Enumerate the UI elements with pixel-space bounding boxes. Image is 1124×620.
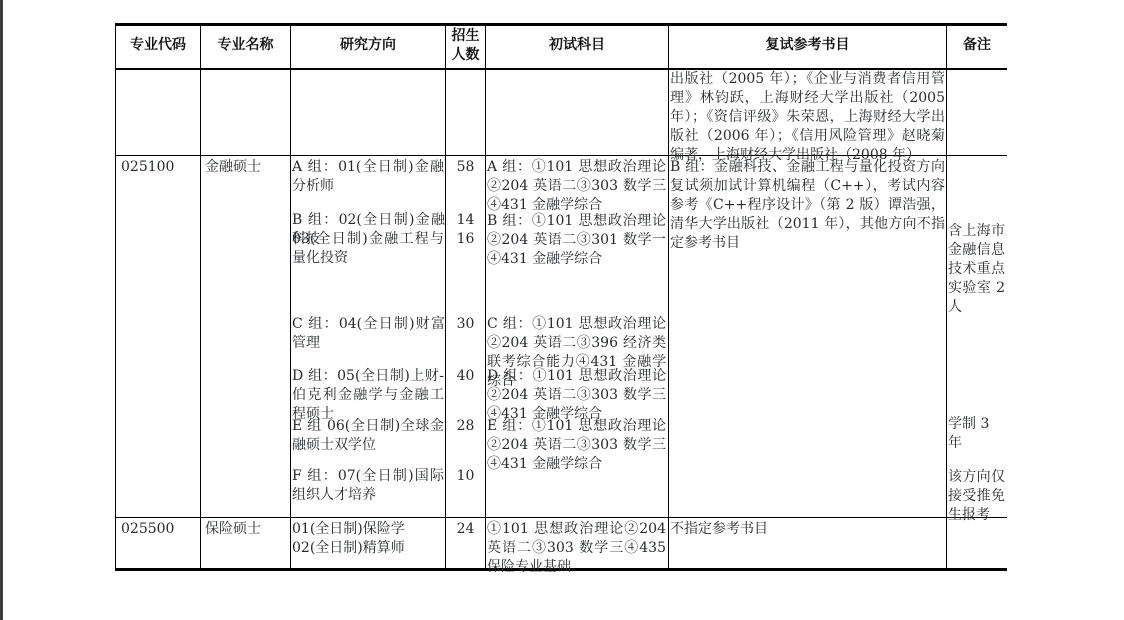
column-divider [668,23,669,571]
row-divider [115,517,1007,518]
table-border-left [115,23,116,571]
column-divider [946,23,947,571]
header-initial-exam: 初试科目 [486,23,668,68]
admissions-table: 专业代码 专业名称 研究方向 招生人数 初试科目 复试参考书目 备注 出版社（2… [115,23,1007,571]
finance-code: 025100 [121,158,197,177]
finance-remark-lab: 含上海市金融信息技术重点实验室 2 人 [948,222,1005,317]
document-page: 专业代码 专业名称 研究方向 招生人数 初试科目 复试参考书目 备注 出版社（2… [0,0,1124,620]
finance-enrollment-e: 28 [446,417,485,436]
finance-enrollment-b2: 16 [446,230,485,249]
insurance-enrollment: 24 [446,520,485,539]
column-divider [200,23,201,571]
insurance-directions: 01(全日制)保险学 02(全日制)精算师 [292,520,444,558]
scan-edge-strip [0,0,3,620]
finance-direction-c: C 组：04(全日制)财富管理 [292,315,445,353]
finance-enrollment-f: 10 [446,467,485,486]
finance-remark-recommendation: 该方向仅接受推免生报考 [948,468,1005,525]
column-divider [445,23,446,571]
insurance-retest-books: 不指定参考书目 [670,520,945,539]
finance-exam-b: B 组：①101 思想政治理论②204 英语二③301 数学一④431 金融学综… [487,212,666,269]
finance-exam-a: A 组：①101 思想政治理论②204 英语二③303 数学三④431 金融学综… [487,158,666,215]
finance-enrollment-a: 58 [446,158,485,177]
header-enrollment: 招生人数 [446,23,485,68]
insurance-exam: ①101 思想政治理论②204 英语二③303 数学三④435 保险专业基础 [487,520,666,577]
insurance-code: 025500 [121,520,197,539]
finance-remark-duration: 学制 3 年 [948,415,1007,453]
finance-exam-d: D 组：①101 思想政治理论②204 英语二③303 数学三④431 金融学综… [487,367,666,424]
header-remarks: 备注 [947,23,1007,68]
header-code: 专业代码 [116,23,200,68]
header-retest-books: 复试参考书目 [669,23,946,68]
column-divider [290,23,291,571]
finance-enrollment-d: 40 [446,367,485,386]
finance-exam-e: E 组：①101 思想政治理论②204 英语二③303 数学三④431 金融学综… [487,417,666,474]
insurance-direction-2: 02(全日制)精算师 [292,539,444,558]
finance-direction-d: D 组：05(全日制)上财-伯克利金融学与金融工程硕士 [292,367,444,424]
finance-name: 金融硕士 [205,158,287,177]
finance-enrollment-c: 30 [446,315,485,334]
finance-direction-e: E 组 06(全日制)全球金融硕士双学位 [292,417,444,455]
continuation-retest-books: 出版社（2005 年）；《企业与消费者信用管理》林钧跃，上海财经大学出版社（20… [670,70,945,165]
header-name: 专业名称 [201,23,290,68]
finance-direction-b2: 03(全日制)金融工程与量化投资 [292,230,444,268]
insurance-name: 保险硕士 [205,520,287,539]
header-direction: 研究方向 [291,23,445,68]
column-divider [485,23,486,571]
finance-retest-books: B 组：金融科技、金融工程与量化投资方向复试须加试计算机编程（C++），考试内容… [670,158,945,253]
finance-enrollment-b1: 14 [446,211,485,230]
finance-direction-a: A 组：01(全日制)金融分析师 [292,158,444,196]
insurance-direction-1: 01(全日制)保险学 [292,520,444,539]
finance-direction-f: F 组：07(全日制)国际组织人才培养 [292,467,444,505]
